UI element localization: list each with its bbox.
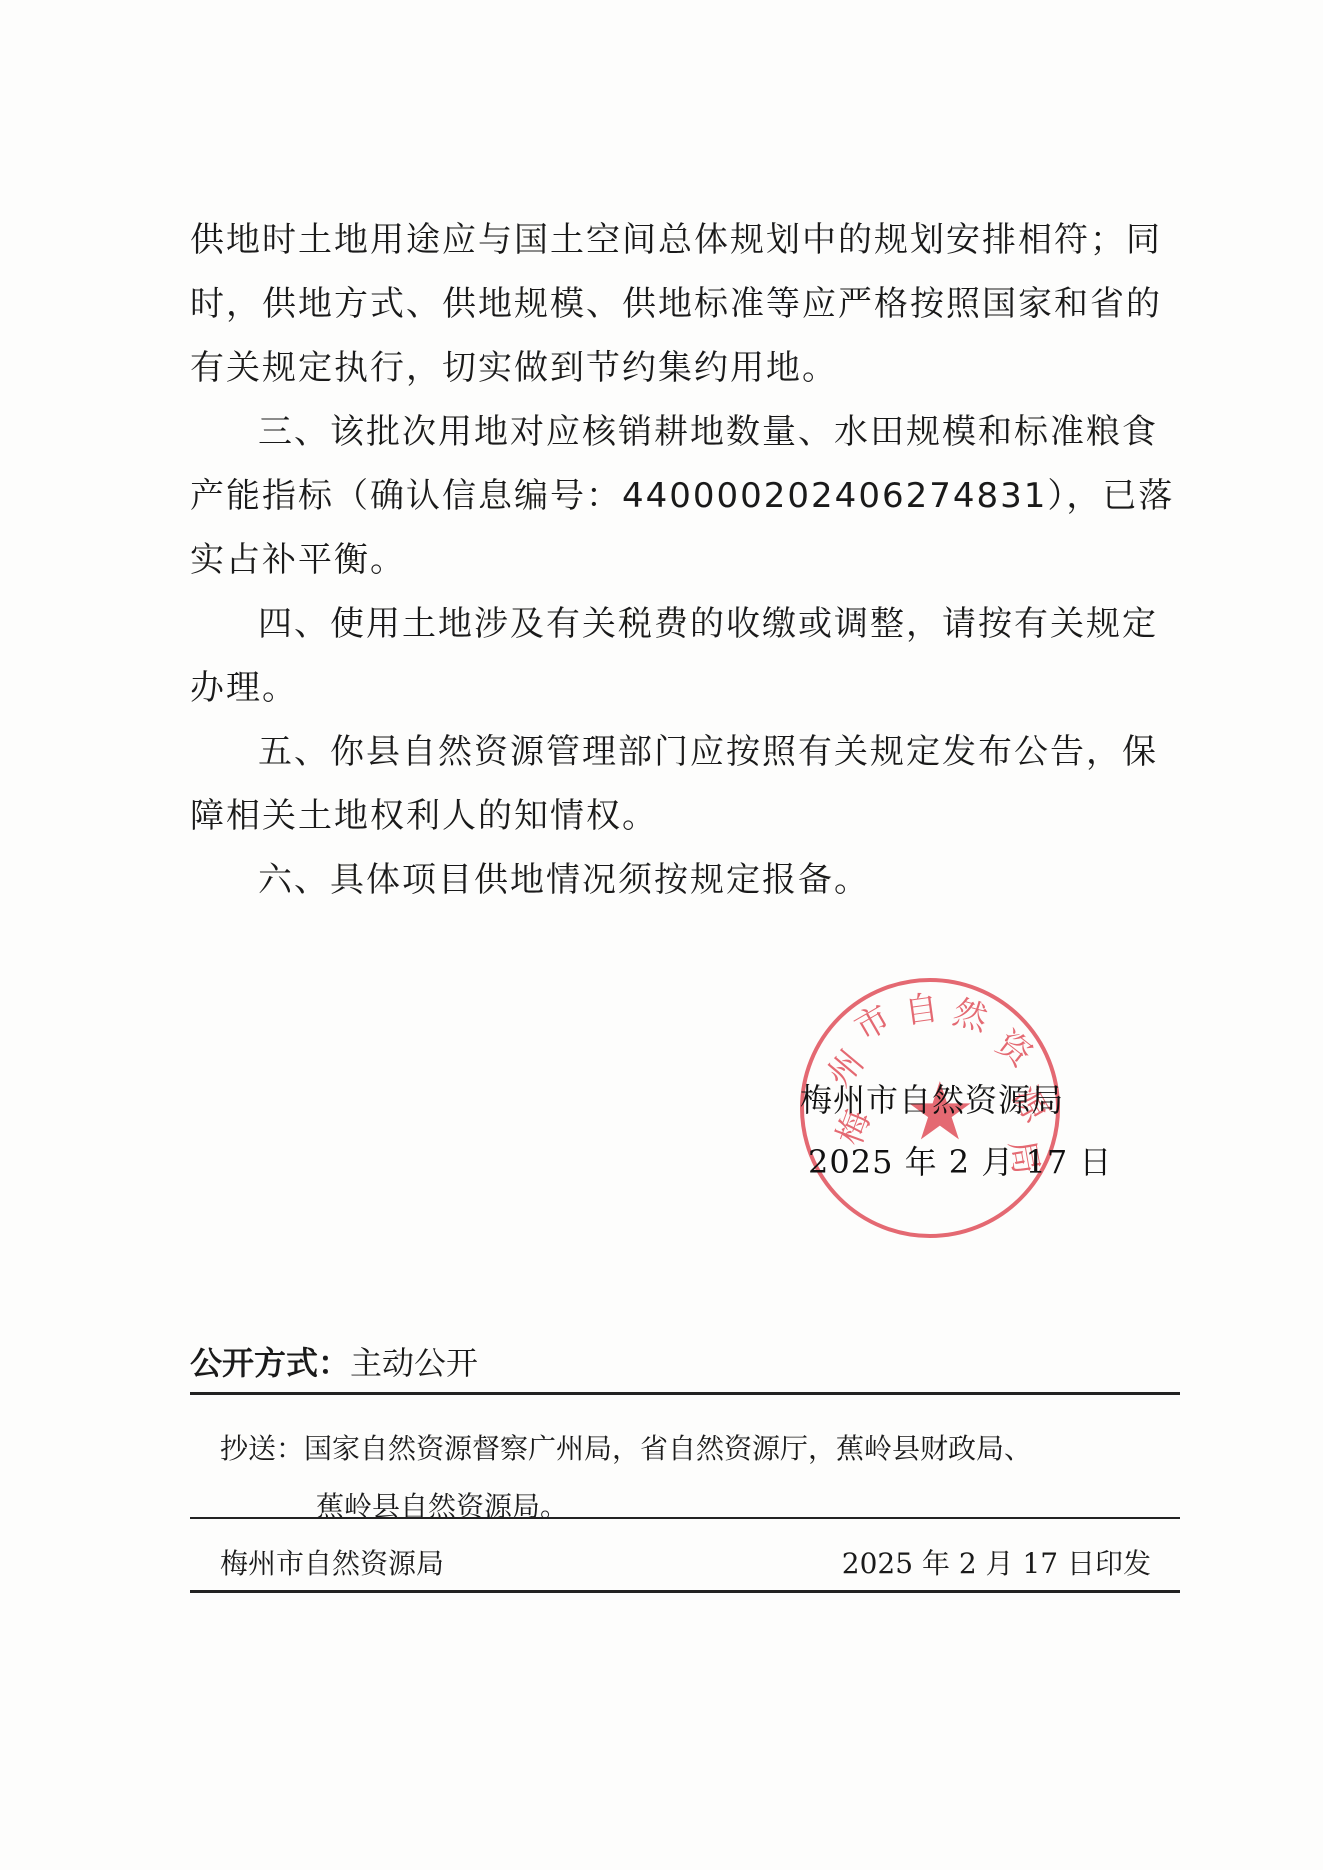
paragraph-four-taxes: 四、使用土地涉及有关税费的收缴或调整，请按有关规定办理。 bbox=[190, 592, 1180, 720]
cc-recipients-line2: 蕉岭县自然资源局。 bbox=[220, 1478, 1170, 1536]
disclosure-label: 公开方式： bbox=[190, 1344, 350, 1382]
divider-bottom bbox=[190, 1590, 1180, 1593]
disclosure-method: 公开方式：主动公开 bbox=[190, 1338, 478, 1384]
divider-middle bbox=[190, 1517, 1180, 1519]
footer-issuer: 梅州市自然资源局 bbox=[220, 1542, 444, 1582]
paragraph-five-announcement: 五、你县自然资源管理部门应按照有关规定发布公告，保障相关土地权利人的知情权。 bbox=[190, 720, 1180, 848]
document-page: 供地时土地用途应与国土空间总体规划中的规划安排相符；同时，供地方式、供地规模、供… bbox=[0, 0, 1323, 1870]
paragraph-land-use: 供地时土地用途应与国土空间总体规划中的规划安排相符；同时，供地方式、供地规模、供… bbox=[190, 208, 1180, 400]
disclosure-value: 主动公开 bbox=[350, 1344, 478, 1382]
signature-date: 2025 年 2 月 17 日 bbox=[808, 1137, 1112, 1183]
divider-top bbox=[190, 1392, 1180, 1395]
footer-issue-date: 2025 年 2 月 17 日印发 bbox=[842, 1542, 1151, 1582]
signature-organization: 梅州市自然资源局 bbox=[800, 1075, 1064, 1121]
paragraph-three-farmland-balance: 三、该批次用地对应核销耕地数量、水田规模和标准粮食产能指标（确认信息编号：440… bbox=[190, 400, 1180, 592]
cc-recipients-line1: 国家自然资源督察广州局，省自然资源厅，蕉岭县财政局、 bbox=[304, 1432, 1032, 1465]
cc-label: 抄送： bbox=[220, 1432, 304, 1465]
paragraph-six-filing: 六、具体项目供地情况须按规定报备。 bbox=[190, 848, 1180, 912]
